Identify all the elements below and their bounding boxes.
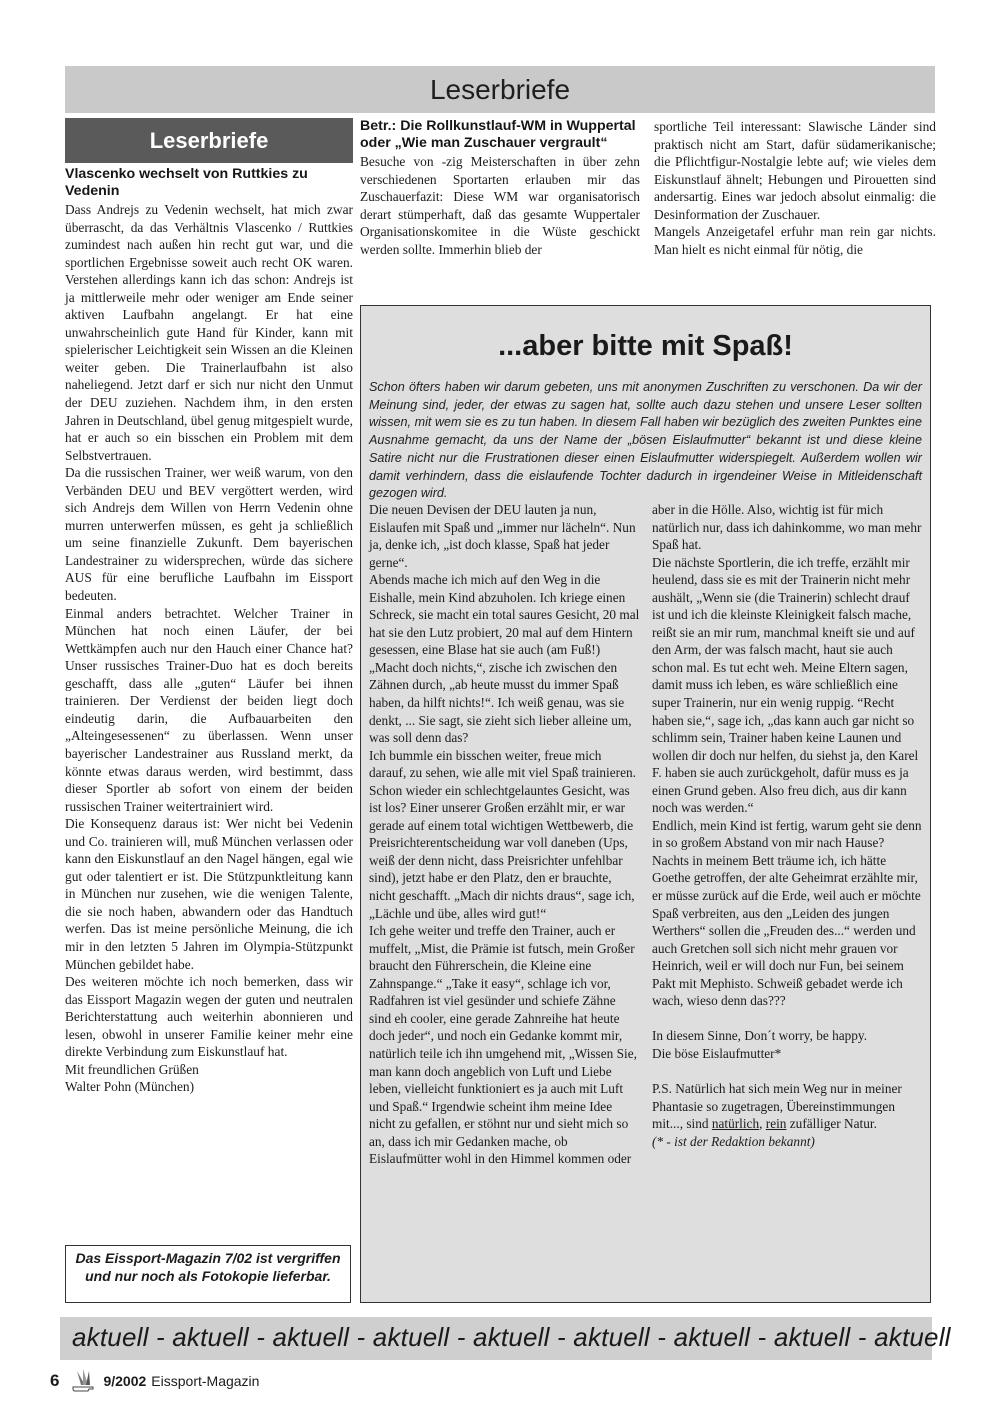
paragraph: sportliche Teil interessant: Slawische L… [654, 118, 936, 223]
paragraph: Die neuen Devisen der DEU lauten ja nun,… [369, 501, 641, 571]
skate-wing-logo-icon [67, 1368, 99, 1394]
closing-greeting: Mit freundlichen Grüßen [65, 1061, 353, 1079]
boxed-article: ...aber bitte mit Spaß! Schon öfters hab… [360, 305, 931, 1303]
paragraph: Besuche von -zig Meisterschaften in über… [360, 153, 640, 258]
page-number: 6 [50, 1371, 59, 1391]
paragraph: Ich bummle ein bisschen weiter, freue mi… [369, 747, 641, 922]
notice-box: Das Eissport-Magazin 7/02 ist vergriffen… [65, 1245, 351, 1303]
letter-2-body-2: sportliche Teil interessant: Slawische L… [654, 118, 936, 258]
editorial-footnote: (* - ist der Redaktion bekannt) [652, 1133, 924, 1151]
page-footer: 6 9/2002 Eissport-Magazin [50, 1368, 259, 1394]
paragraph: aber in die Hölle. Also, wichtig ist für… [652, 501, 924, 554]
paragraph: Da die russischen Trainer, wer weiß waru… [65, 464, 353, 604]
letter-2-headline: Betr.: Die Rollkunstlauf-WM in Wuppertal… [360, 118, 640, 152]
aktuell-banner: aktuell - aktuell - aktuell - aktuell - … [60, 1317, 932, 1360]
paragraph: Die Konsequenz daraus ist: Wer nicht bei… [65, 815, 353, 973]
letter-2-body-1: Besuche von -zig Meisterschaften in über… [360, 153, 640, 258]
letter-2-col-2: sportliche Teil interessant: Slawische L… [654, 118, 936, 258]
section-badge-label: Leserbriefe [150, 128, 269, 154]
page-header-bar: Leserbriefe [65, 66, 935, 113]
postscript: P.S. Natürlich hat sich mein Weg nur in … [652, 1080, 924, 1133]
paragraph: Abends mache ich mich auf den Weg in die… [369, 571, 641, 746]
article-signature: Die böse Eislaufmutter* [652, 1045, 924, 1063]
paragraph: Des weiteren möchte ich noch bemerken, d… [65, 973, 353, 1061]
letter-1: Leserbriefe Vlascenko wechselt von Ruttk… [65, 118, 353, 1096]
paragraph: Die nächste Sportlerin, die ich treffe, … [652, 554, 924, 817]
closing-line: In diesem Sinne, Don´t worry, be happy. [652, 1027, 924, 1045]
paragraph: Ich gehe weiter und treffe den Trainer, … [369, 922, 641, 1168]
letter-2-col-1: Betr.: Die Rollkunstlauf-WM in Wuppertal… [360, 118, 640, 258]
paragraph: Endlich, mein Kind ist fertig, warum geh… [652, 817, 924, 852]
magazine-name: Eissport-Magazin [151, 1373, 259, 1389]
boxed-article-col-2: aber in die Hölle. Also, wichtig ist für… [652, 501, 924, 1150]
letter-1-body: Dass Andrejs zu Vedenin wechselt, hat mi… [65, 201, 353, 1096]
paragraph: Mangels Anzeigetafel erfuhr man rein gar… [654, 223, 936, 258]
paragraph: Nachts in meinem Bett träume ich, ich hä… [652, 852, 924, 1010]
page-title: Leserbriefe [65, 74, 935, 106]
section-badge: Leserbriefe [65, 118, 353, 163]
author-signature: Walter Pohn (München) [65, 1078, 353, 1096]
notice-text: Das Eissport-Magazin 7/02 ist vergriffen… [66, 1246, 350, 1285]
editorial-intro: Schon öfters haben wir darum gebeten, un… [369, 379, 922, 503]
issue-number: 9/2002 [103, 1373, 146, 1389]
boxed-article-col-1: Die neuen Devisen der DEU lauten ja nun,… [369, 501, 641, 1168]
boxed-article-title: ...aber bitte mit Spaß! [361, 330, 930, 363]
letter-1-headline: Vlascenko wechselt von Ruttkies zu Veden… [65, 166, 353, 200]
paragraph: Dass Andrejs zu Vedenin wechselt, hat mi… [65, 201, 353, 464]
paragraph: Einmal anders betrachtet. Welcher Traine… [65, 605, 353, 816]
aktuell-banner-text: aktuell - aktuell - aktuell - aktuell - … [72, 1322, 951, 1353]
